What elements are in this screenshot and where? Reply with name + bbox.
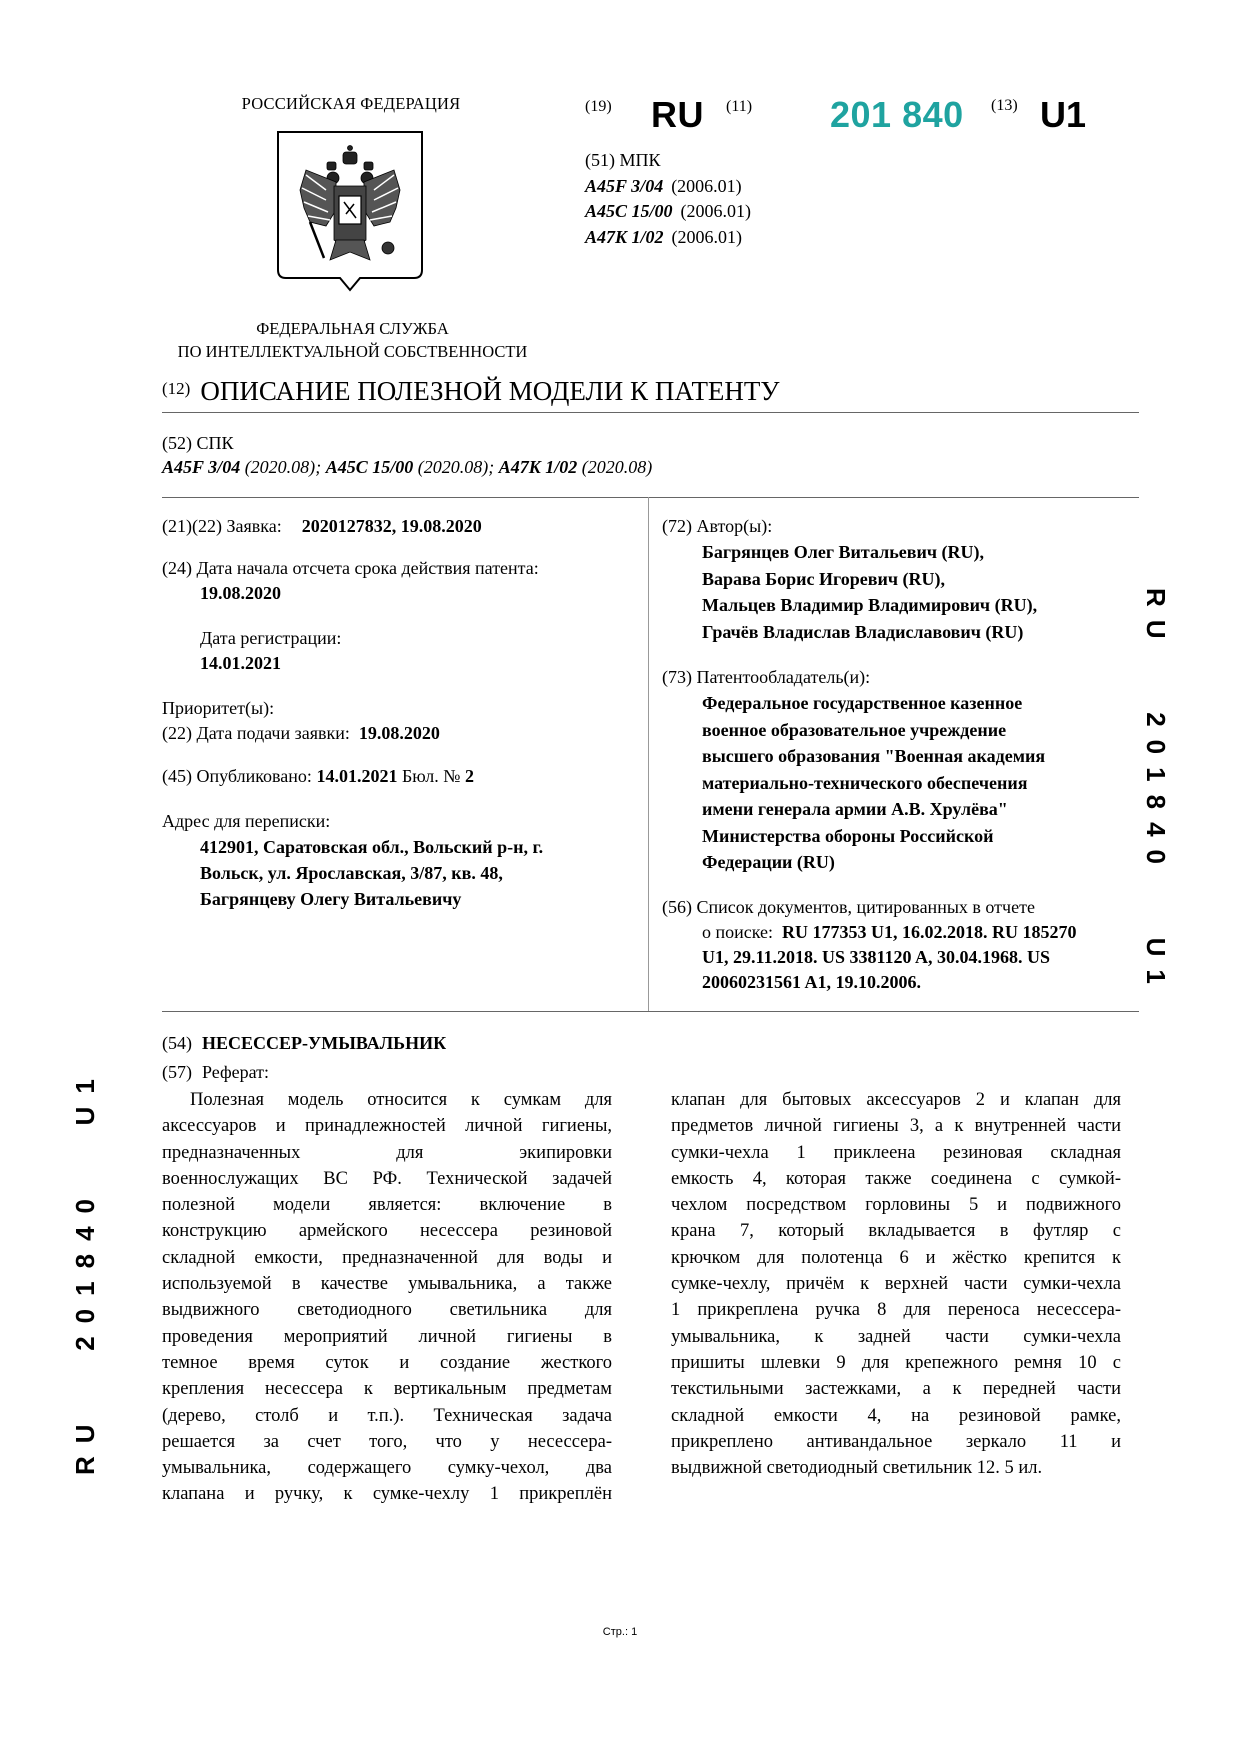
abstract-line: умывальника, к задней части сумки-чехла — [671, 1324, 1121, 1350]
abstract-line: клапан для бытовых аксессуаров 2 и клапа… — [671, 1087, 1121, 1113]
cited-label: (56) Список документов, цитированных в о… — [662, 895, 1122, 920]
abstract-line: складной емкости, предназначенной для во… — [162, 1245, 612, 1271]
divider — [162, 1011, 1139, 1012]
address-line: Вольск, ул. Ярославская, 3/87, кв. 48, — [200, 860, 543, 886]
owner-line: военное образовательное учреждение — [702, 717, 1045, 744]
ipc-entry: A45F 3/04(2006.01) — [585, 174, 751, 200]
filing-value: 19.08.2020 — [359, 723, 440, 743]
address-line: Багрянцеву Олегу Витальевичу — [200, 886, 543, 912]
application-label: (21)(22) Заявка: — [162, 516, 282, 536]
correspondence-address: Адрес для переписки: 412901, Саратовская… — [162, 809, 543, 912]
inid-code-19: (19) — [585, 98, 612, 116]
bulletin-value: 2 — [465, 766, 474, 786]
abstract-line: клапана и ручку, к сумке-чехлу 1 прикреп… — [162, 1481, 612, 1507]
cpc-code: A45C 15/00 — [326, 457, 414, 477]
side-patent-mark-left: RU 201840 U1 — [70, 1066, 101, 1475]
abstract-line: чехлом посредством горловины 5 и подвижн… — [671, 1192, 1121, 1218]
abstract-line: крана 7, который вкладывается в футляр с — [671, 1218, 1121, 1244]
authors-label: (72) Автор(ы): — [662, 514, 1037, 539]
russian-coat-of-arms-icon — [276, 130, 424, 302]
abstract-column-1: Полезная модель относится к сумкам дляак… — [162, 1087, 612, 1508]
author-name: Варава Борис Игоревич (RU), — [702, 566, 1037, 593]
owners-label: (73) Патентообладатель(и): — [662, 665, 1045, 690]
ipc-code: A45F 3/04 — [585, 174, 663, 200]
abstract-line: предметов личной гигиены 3, а к внутренн… — [671, 1113, 1121, 1139]
inid-code-13: (13) — [991, 97, 1018, 115]
column-divider — [648, 497, 649, 1011]
owner-line: Министерства обороны Российской — [702, 823, 1045, 850]
ipc-version: (2006.01) — [671, 176, 742, 196]
abstract-line: (дерево, столб и т.п.). Техническая зада… — [162, 1403, 612, 1429]
abstract-line: выдвижного светодиодного светильника для — [162, 1297, 612, 1323]
published-field: (45) Опубликовано: 14.01.2021 Бюл. № 2 — [162, 764, 474, 789]
abstract-line: умывальника, содержащего сумку-чехол, дв… — [162, 1455, 612, 1481]
author-name: Багрянцев Олег Витальевич (RU), — [702, 539, 1037, 566]
side-patent-mark-right: RU 201840 U1 — [1140, 588, 1171, 997]
cpc-version: (2020.08) — [418, 457, 489, 477]
cpc-version: (2020.08) — [582, 457, 653, 477]
application-value: 2020127832, 19.08.2020 — [302, 516, 482, 536]
ipc-label: (51) МПК — [585, 148, 751, 174]
abstract-line: конструкцию армейского несессера резинов… — [162, 1218, 612, 1244]
abstract-line: пришиты шлевки 9 для крепежного ремня 10… — [671, 1350, 1121, 1376]
agency-line-2: ПО ИНТЕЛЛЕКТУАЛЬНОЙ СОБСТВЕННОСТИ — [130, 340, 575, 363]
kind-code: U1 — [1040, 94, 1086, 136]
abstract-line: сумки-чехла 1 приклеена резиновая складн… — [671, 1140, 1121, 1166]
ipc-version: (2006.01) — [681, 201, 752, 221]
address-label: Адрес для переписки: — [162, 809, 543, 834]
abstract-label: Реферат: — [202, 1062, 269, 1082]
cited-documents-field: (56) Список документов, цитированных в о… — [662, 895, 1122, 995]
cpc-code: A45F 3/04 — [162, 457, 240, 477]
abstract-line: текстильными застежками, а к передней ча… — [671, 1376, 1121, 1402]
country-name: РОССИЙСКАЯ ФЕДЕРАЦИЯ — [216, 94, 486, 114]
authors-field: (72) Автор(ы): Багрянцев Олег Витальевич… — [662, 514, 1037, 645]
cited-line: RU 177353 U1, 16.02.2018. RU 185270 — [782, 922, 1077, 942]
inid-code-11: (11) — [726, 98, 752, 116]
term-start-value: 19.08.2020 — [200, 581, 539, 606]
owner-line: имени генерала армии А.В. Хрулёва" — [702, 796, 1045, 823]
ipc-version: (2006.01) — [672, 227, 743, 247]
cited-line: U1, 29.11.2018. US 3381120 A, 30.04.1968… — [702, 945, 1122, 970]
abstract-line: темное время суток и создание жесткого — [162, 1350, 612, 1376]
abstract-line: аксессуаров и принадлежностей личной гиг… — [162, 1113, 612, 1139]
country-code: RU — [651, 94, 704, 136]
filing-date: (22) Дата подачи заявки: 19.08.2020 — [162, 721, 440, 746]
priority-label: Приоритет(ы): — [162, 696, 440, 721]
cpc-codes: A45F 3/04 (2020.08); A45C 15/00 (2020.08… — [162, 455, 652, 479]
abstract-line: используемой в качестве умывальника, а т… — [162, 1271, 612, 1297]
owner-line: Федеральное государственное казенное — [702, 690, 1045, 717]
filing-label: (22) Дата подачи заявки: — [162, 723, 350, 743]
owner-line: Федерации (RU) — [702, 849, 1045, 876]
application-field: (21)(22) Заявка:2020127832, 19.08.2020 — [162, 514, 482, 539]
author-name: Грачёв Владислав Владиславович (RU) — [702, 619, 1037, 646]
invention-title: (54)НЕСЕССЕР-УМЫВАЛЬНИК — [162, 1033, 446, 1054]
document-title: (12)ОПИСАНИЕ ПОЛЕЗНОЙ МОДЕЛИ К ПАТЕНТУ — [162, 376, 780, 407]
abstract-line: 1 прикреплена ручка 8 для переноса несес… — [671, 1297, 1121, 1323]
cited-line: 20060231561 A1, 19.10.2006. — [702, 970, 1122, 995]
ipc-code: A47K 1/02 — [585, 225, 664, 251]
ipc-entry: A47K 1/02(2006.01) — [585, 225, 751, 251]
abstract-line: выдвижной светодиодный светильник 12. 5 … — [671, 1455, 1121, 1481]
abstract-inid: (57) — [162, 1062, 192, 1082]
cpc-code: A47K 1/02 — [499, 457, 578, 477]
abstract-line: крепления несессера к вертикальным предм… — [162, 1376, 612, 1402]
abstract-line: прикреплено антивандальное зеркало 11 и — [671, 1429, 1121, 1455]
agency-name: ФЕДЕРАЛЬНАЯ СЛУЖБА ПО ИНТЕЛЛЕКТУАЛЬНОЙ С… — [130, 317, 575, 363]
address-line: 412901, Саратовская обл., Вольский р-н, … — [200, 834, 543, 860]
abstract-line: складной емкости 4, на резиновой рамке, — [671, 1403, 1121, 1429]
published-value: 14.01.2021 — [316, 766, 397, 786]
owner-line: материально-технического обеспечения — [702, 770, 1045, 797]
ipc-code: A45C 15/00 — [585, 199, 673, 225]
divider — [162, 497, 1139, 498]
registration-label: Дата регистрации: — [200, 626, 341, 651]
abstract-line: сумке-чехлу, причём к верхней части сумк… — [671, 1271, 1121, 1297]
abstract-line: Полезная модель относится к сумкам для — [162, 1087, 612, 1113]
invention-inid: (54) — [162, 1033, 192, 1053]
invention-title-text: НЕСЕССЕР-УМЫВАЛЬНИК — [202, 1033, 446, 1053]
bulletin-label: Бюл. № — [402, 766, 461, 786]
patent-owners-field: (73) Патентообладатель(и): Федеральное г… — [662, 665, 1045, 876]
abstract-line: крючком для полотенца 6 и жёстко крепитс… — [671, 1245, 1121, 1271]
ipc-entry: A45C 15/00(2006.01) — [585, 199, 751, 225]
title-text: ОПИСАНИЕ ПОЛЕЗНОЙ МОДЕЛИ К ПАТЕНТУ — [200, 376, 779, 406]
cited-label-2: о поиске: — [702, 922, 773, 942]
cpc-separator: ; — [315, 457, 326, 477]
page-number: Стр.: 1 — [560, 1626, 680, 1638]
registration-field: Дата регистрации: 14.01.2021 — [200, 626, 341, 676]
patent-number: 201 840 — [830, 94, 964, 136]
cpc-separator: ; — [488, 457, 499, 477]
abstract-line: полезной модели является: включение в — [162, 1192, 612, 1218]
abstract-line: проведения мероприятий личной гигиены в — [162, 1324, 612, 1350]
abstract-line: военнослужащих ВС РФ. Технической задаче… — [162, 1166, 612, 1192]
cpc-label: (52) СПК — [162, 431, 652, 455]
agency-line-1: ФЕДЕРАЛЬНАЯ СЛУЖБА — [130, 317, 575, 340]
term-start-label: (24) Дата начала отсчета срока действия … — [162, 556, 539, 581]
term-start-field: (24) Дата начала отсчета срока действия … — [162, 556, 539, 606]
priority-field: Приоритет(ы): (22) Дата подачи заявки: 1… — [162, 696, 440, 746]
abstract-heading: (57)Реферат: — [162, 1062, 269, 1083]
cpc-classification: (52) СПК A45F 3/04 (2020.08); A45C 15/00… — [162, 431, 652, 479]
registration-value: 14.01.2021 — [200, 651, 341, 676]
abstract-column-2: клапан для бытовых аксессуаров 2 и клапа… — [671, 1087, 1121, 1481]
owner-line: высшего образования "Военная академия — [702, 743, 1045, 770]
cpc-version: (2020.08) — [245, 457, 316, 477]
ipc-classification: (51) МПК A45F 3/04(2006.01) A45C 15/00(2… — [585, 148, 751, 250]
title-inid: (12) — [162, 379, 190, 398]
divider — [162, 412, 1139, 413]
abstract-line: предназначенных для экипировки — [162, 1140, 612, 1166]
abstract-line: решается за счет того, что у несессера- — [162, 1429, 612, 1455]
author-name: Мальцев Владимир Владимирович (RU), — [702, 592, 1037, 619]
abstract-line: емкость 4, которая также соединена с сум… — [671, 1166, 1121, 1192]
published-label: (45) Опубликовано: — [162, 766, 312, 786]
